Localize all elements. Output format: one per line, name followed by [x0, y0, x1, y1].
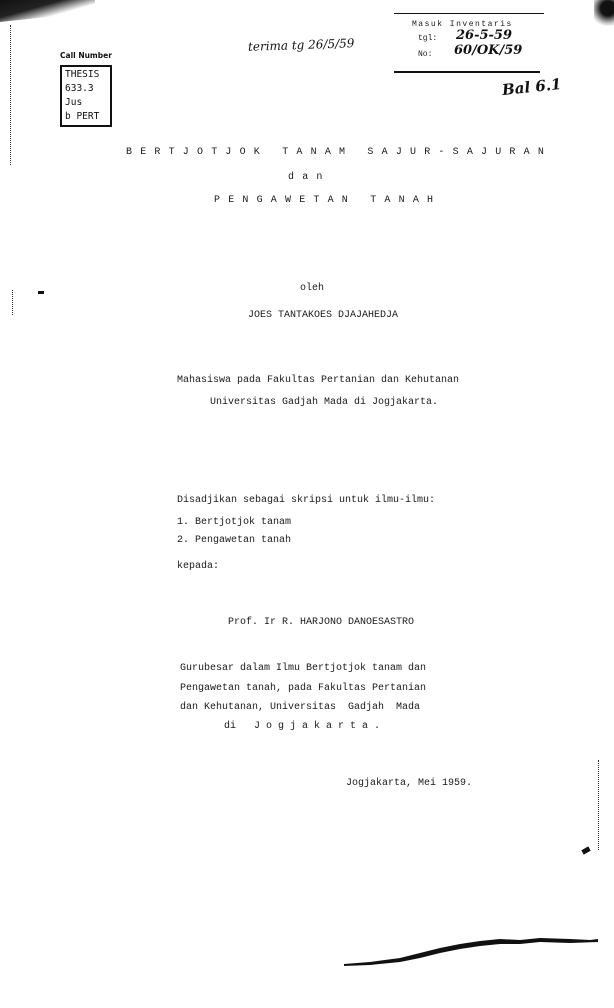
inventory-number-value: 60/OK/59 [454, 43, 522, 58]
call-number-label: Call Number [60, 51, 112, 60]
inventory-initials: Bal 6.1 [501, 75, 562, 99]
scan-artifact-top-right [594, 0, 614, 28]
inventory-date-label: tgl: [418, 34, 437, 43]
scan-edge-left-2 [12, 290, 13, 315]
call-number-line: 633.3 [65, 82, 107, 96]
author-name: JOES TANTAKOES DJAJAHEDJA [248, 310, 398, 321]
inventory-number-label: No: [418, 50, 432, 59]
call-number-line: THESIS [65, 68, 107, 82]
scan-artifact-top-left [0, 0, 95, 22]
title-line-1: BERTJOTJOK TANAM SAJUR-SAJURAN [126, 147, 552, 158]
call-number-line: Jus [65, 96, 107, 110]
scan-mark-left [38, 291, 44, 294]
call-number-box: THESIS 633.3 Jus b PERT [60, 65, 112, 127]
title-line-2: dan [288, 172, 331, 183]
supervisor-line-1: Gurubesar dalam Ilmu Bertjotjok tanam da… [180, 663, 426, 674]
purpose-item: 2. Pengawetan tanah [177, 535, 291, 546]
scan-edge-left [10, 25, 11, 165]
affiliation-line-1: Mahasiswa pada Fakultas Pertanian dan Ke… [177, 375, 459, 386]
purpose-intro: Disadjikan sebagai skripsi untuk ilmu-il… [177, 495, 435, 506]
scan-streak-bottom [340, 938, 614, 968]
place-date: Jogjakarta, Mei 1959. [346, 778, 472, 789]
supervisor-line-2: Pengawetan tanah, pada Fakultas Pertania… [180, 683, 426, 694]
received-note: terima tg 26/5/59 [248, 36, 355, 54]
title-line-3: PENGAWETAN TANAH [214, 195, 441, 206]
supervisor-name: Prof. Ir R. HARJONO DANOESASTRO [228, 617, 414, 628]
call-number-line: b PERT [65, 110, 107, 124]
author-by-label: oleh [300, 283, 324, 294]
supervisor-line-3: dan Kehutanan, Universitas Gadjah Mada [180, 702, 420, 713]
affiliation-line-2: Universitas Gadjah Mada di Jogjakarta. [210, 397, 438, 408]
supervisor-line-4: di J o g j a k a r t a . [224, 721, 380, 732]
scan-edge-right [598, 760, 599, 850]
stamp-bottom-rule [394, 71, 540, 73]
stamp-top-rule [394, 13, 544, 14]
scan-mark-right [581, 846, 590, 854]
inventory-date-value: 26-5-59 [456, 28, 512, 43]
to-label: kepada: [177, 561, 219, 572]
purpose-item: 1. Bertjotjok tanam [177, 517, 291, 528]
